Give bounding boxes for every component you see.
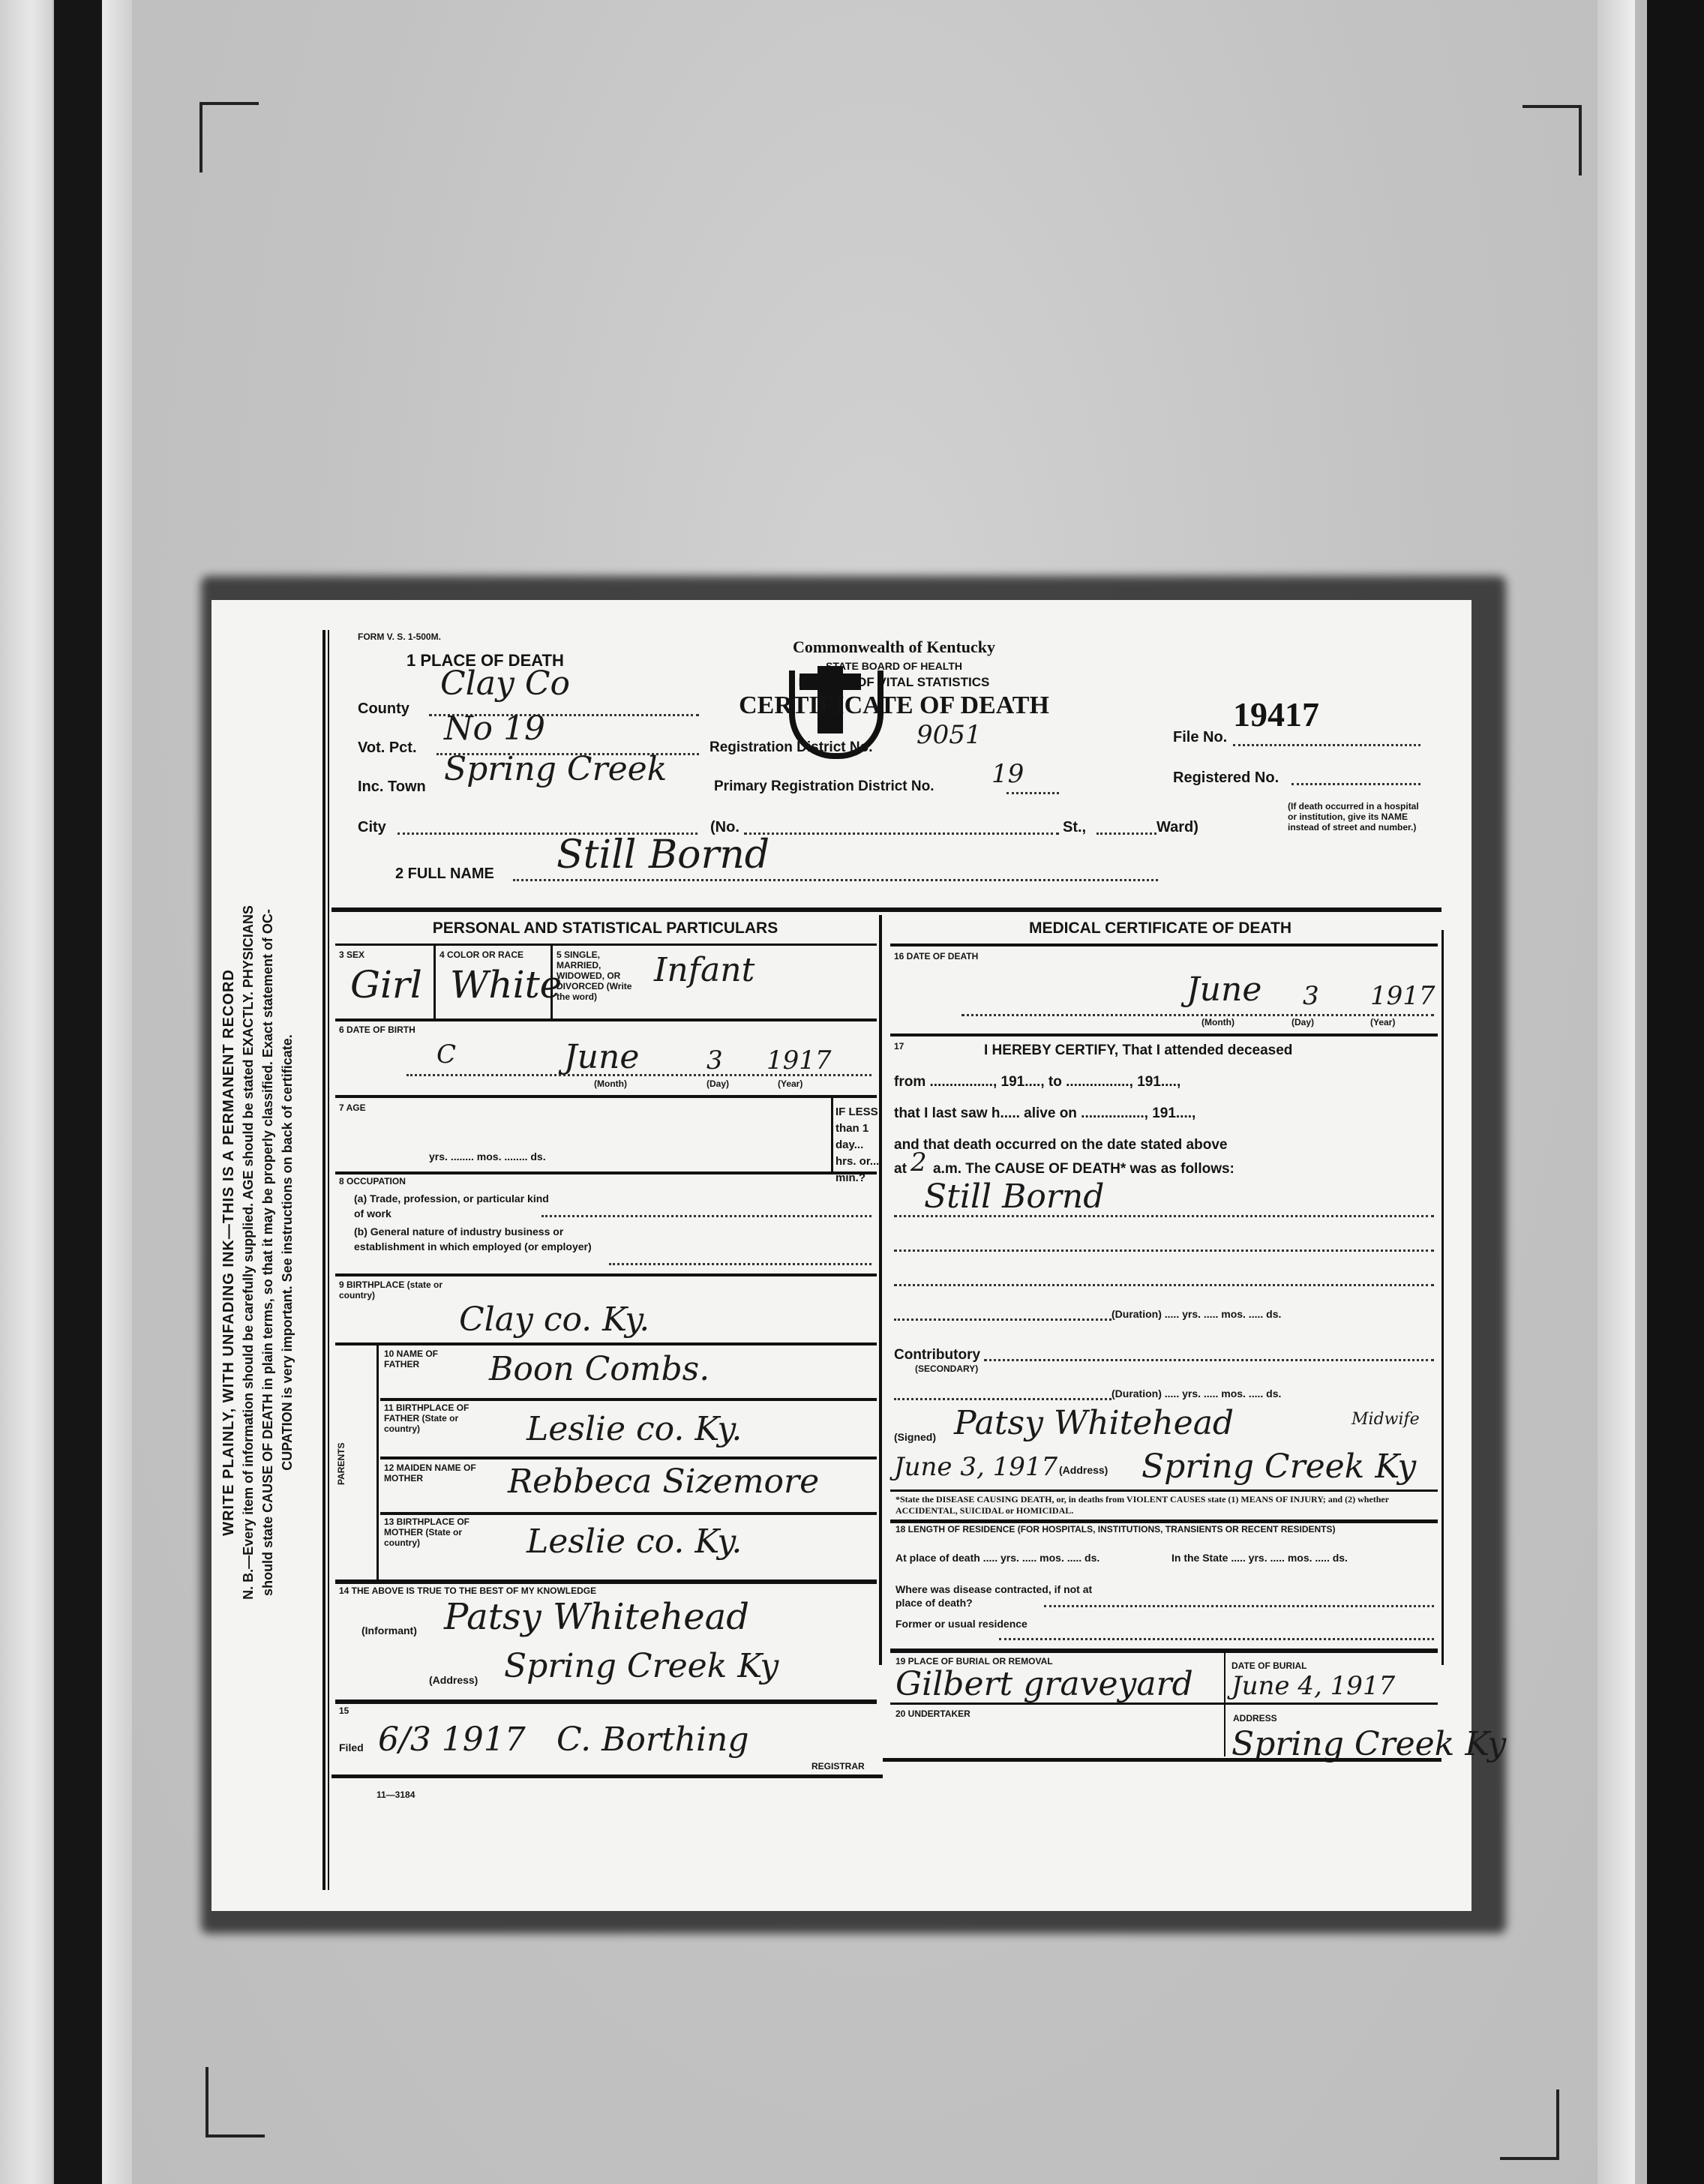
rule: [335, 1273, 877, 1276]
in-state-label: In the State ..... yrs. ..... mos. .....…: [1171, 1551, 1441, 1564]
filed-label: Filed: [339, 1741, 364, 1753]
father-birthplace-label: 11 BIRTHPLACE OF FATHER (State or countr…: [384, 1402, 481, 1434]
informant-heading: 14 THE ABOVE IS TRUE TO THE BEST OF MY K…: [339, 1585, 596, 1596]
father-name-value: Boon Combs.: [489, 1350, 709, 1388]
board-heading: STATE BOARD OF HEALTH: [736, 660, 1051, 672]
last-saw-line: that I last saw h..... alive on ........…: [894, 1105, 1195, 1122]
certificate-title: CERTIFICATE OF DEATH: [729, 691, 1059, 720]
dod-day: 3: [1303, 981, 1319, 1011]
county-value: Clay Co: [440, 664, 570, 703]
registered-no-dots: [1291, 783, 1420, 785]
dob-month-caption: (Month): [594, 1078, 627, 1089]
file-no-value: 19417: [1233, 694, 1319, 734]
signed-label: (Signed): [894, 1431, 936, 1443]
primary-district-label: Primary Registration District No.: [714, 778, 934, 795]
vot-pct-value: No 19: [444, 709, 545, 748]
age-units: yrs. ........ mos. ........ ds.: [429, 1150, 546, 1162]
dob-prefix: C: [436, 1039, 456, 1069]
rule: [883, 1758, 1441, 1762]
primary-district-value: 19: [991, 759, 1024, 789]
certify-number: 17: [894, 1041, 904, 1051]
rule: [331, 1774, 883, 1778]
dod-year-caption: (Year): [1370, 1017, 1395, 1027]
crop-mark-bottom-right-icon: [1500, 2089, 1559, 2160]
dob-year-caption: (Year): [778, 1078, 802, 1089]
rule: [335, 943, 877, 946]
color-value: White: [450, 963, 562, 1006]
signed-date: June 3, 1917: [894, 1452, 1057, 1482]
cause-of-death-value: Still Bornd: [924, 1177, 1104, 1216]
informant-label: (Informant): [361, 1624, 417, 1636]
margin-line-2: should state CAUSE OF DEATH in plain ter…: [258, 645, 277, 1860]
parents-label: PARENTS: [336, 1443, 346, 1485]
marital-value: Infant: [654, 951, 754, 989]
rule: [890, 943, 1438, 946]
duration-dots-1: [894, 1318, 1111, 1321]
frame-right-rule: [1441, 930, 1444, 1665]
rule: [335, 1342, 877, 1345]
registration-district-value: 9051: [916, 720, 982, 750]
vot-pct-label: Vot. Pct.: [358, 739, 417, 757]
frame-left-rule-inner: [328, 630, 329, 1890]
rule: [335, 1699, 877, 1704]
former-residence-dots: [999, 1638, 1434, 1640]
column-divider: [879, 915, 882, 1665]
city-label: City: [358, 819, 386, 836]
rule: [335, 1095, 877, 1098]
frame-left-rule: [322, 630, 325, 1890]
ward-dots: [1096, 832, 1156, 835]
burial-date-value: June 4, 1917: [1231, 1671, 1395, 1701]
crop-mark-top-right-icon: [1522, 105, 1582, 175]
residence-label: 18 LENGTH OF RESIDENCE (FOR HOSPITALS, I…: [895, 1524, 1435, 1535]
cause-of-death-label: a.m. The CAUSE OF DEATH* was as follows:: [933, 1161, 1234, 1177]
rule: [380, 1512, 877, 1515]
bureau-heading: BUREAU OF VITAL STATISTICS: [736, 675, 1051, 690]
birthplace-value: Clay co. Ky.: [459, 1300, 649, 1339]
color-label: 4 COLOR OR RACE: [439, 949, 523, 960]
street-no-dots: [744, 832, 1059, 835]
rule: [380, 1398, 877, 1401]
burial-date-label: DATE OF BURIAL: [1231, 1660, 1306, 1671]
sex-value: Girl: [350, 963, 422, 1006]
registrar-label: REGISTRAR: [811, 1761, 865, 1771]
death-certificate: WRITE PLAINLY, WITH UNFADING INK—THIS IS…: [211, 600, 1471, 1911]
inc-town-label: Inc. Town: [358, 778, 426, 796]
birthplace-label: 9 BIRTHPLACE (state or country): [339, 1279, 474, 1300]
margin-line-1: N. B.—Every item of information should b…: [238, 645, 258, 1860]
primary-district-dots: [1006, 792, 1059, 794]
undertaker-label: 20 UNDERTAKER: [895, 1708, 970, 1719]
rule: [890, 1702, 1438, 1705]
rule: [376, 1345, 379, 1582]
file-no-label: File No.: [1173, 729, 1227, 746]
cause-dots-3: [894, 1284, 1434, 1286]
informant-value: Patsy Whitehead: [444, 1596, 749, 1638]
street-label: St.,: [1063, 819, 1086, 836]
dob-month: June: [564, 1038, 639, 1076]
undertaker-address-label: ADDRESS: [1233, 1713, 1277, 1723]
filed-date: 6/3 1917: [378, 1720, 526, 1759]
rule: [335, 1018, 877, 1021]
mother-name-value: Rebbeca Sizemore: [508, 1462, 819, 1501]
film-edge-left: [102, 0, 132, 2184]
dob-label: 6 DATE OF BIRTH: [339, 1024, 415, 1035]
burial-place-value: Gilbert graveyard: [895, 1665, 1193, 1703]
mother-birthplace-label: 13 BIRTHPLACE OF MOTHER (State or countr…: [384, 1516, 481, 1548]
file-no-dots: [1233, 744, 1420, 746]
rule: [890, 1033, 1438, 1036]
county-label: County: [358, 700, 409, 718]
contributory-sub: (SECONDARY): [915, 1363, 978, 1374]
dod-year: 1917: [1370, 981, 1435, 1011]
contributory-dots: [984, 1359, 1434, 1361]
dod-day-caption: (Day): [1291, 1017, 1314, 1027]
certify-text: I HEREBY CERTIFY, That I attended deceas…: [984, 1042, 1292, 1059]
form-number: FORM V. S. 1-500M.: [358, 631, 441, 642]
rule: [890, 1489, 1438, 1492]
dob-day-caption: (Day): [706, 1078, 729, 1089]
rule: [335, 1579, 877, 1584]
ward-label: Ward): [1156, 819, 1198, 836]
margin-instructions: WRITE PLAINLY, WITH UNFADING INK—THIS IS…: [219, 645, 331, 1860]
personal-section-title: PERSONAL AND STATISTICAL PARTICULARS: [331, 919, 879, 937]
dod-month-caption: (Month): [1201, 1017, 1234, 1027]
cause-dots-2: [894, 1249, 1434, 1252]
crop-mark-top-left-icon: [199, 102, 259, 172]
father-name-label: 10 NAME OF FATHER: [384, 1348, 474, 1369]
mother-birthplace-value: Leslie co. Ky.: [526, 1522, 742, 1561]
informant-address-value: Spring Creek Ky: [504, 1647, 778, 1685]
death-occurred-line: and that death occurred on the date stat…: [894, 1137, 1227, 1153]
contracted-dots: [1044, 1605, 1434, 1607]
full-name-dots: [513, 879, 1158, 881]
contributory-label: Contributory: [894, 1347, 980, 1363]
crop-mark-bottom-left-icon: [205, 2067, 265, 2137]
occupation-label: 8 OCCUPATION: [339, 1176, 406, 1186]
cause-footnote: *State the DISEASE CAUSING DEATH, or, in…: [895, 1494, 1435, 1516]
hospital-note: (If death occurred in a hospital or inst…: [1288, 801, 1423, 832]
dod-dots: [961, 1014, 1434, 1016]
occupation-a-label: (a) Trade, profession, or particular kin…: [354, 1191, 549, 1221]
registration-district-label: Registration District No.: [709, 739, 872, 756]
film-strip-left: [54, 0, 102, 2184]
signed-value: Patsy Whitehead: [954, 1404, 1234, 1442]
time-of-death-value: 2: [910, 1147, 927, 1177]
form-code: 11—3184: [376, 1789, 415, 1800]
occupation-b-label: (b) General nature of industry business …: [354, 1224, 594, 1254]
film-edge-right: [1597, 0, 1635, 2184]
full-name-label: 2 FULL NAME: [395, 865, 494, 883]
informant-address-label: (Address): [429, 1674, 478, 1686]
registrar-signature: C. Borthing: [556, 1720, 749, 1759]
rule: [890, 1648, 1438, 1653]
film-border-left: [0, 0, 52, 2184]
rule: [335, 1171, 877, 1174]
marital-label: 5 SINGLE, MARRIED, WIDOWED, OR DIVORCED …: [556, 949, 646, 1002]
filed-number: 15: [339, 1705, 349, 1716]
registered-no-label: Registered No.: [1173, 769, 1279, 787]
dob-day: 3: [706, 1045, 723, 1075]
sex-label: 3 SEX: [339, 949, 364, 960]
header-divider: [331, 907, 1441, 912]
date-of-death-label: 16 DATE OF DEATH: [894, 951, 978, 961]
medical-section-title: MEDICAL CERTIFICATE OF DEATH: [886, 919, 1434, 937]
occupation-b-dots: [609, 1263, 871, 1265]
former-residence-label: Former or usual residence: [895, 1617, 1045, 1630]
father-birthplace-value: Leslie co. Ky.: [526, 1410, 742, 1448]
age-label: 7 AGE: [339, 1102, 366, 1113]
duration-line-1: (Duration) ..... yrs. ..... mos. ..... d…: [1111, 1308, 1281, 1320]
rule: [433, 945, 436, 1020]
mother-name-label: 12 MAIDEN NAME OF MOTHER: [384, 1462, 481, 1483]
physician-address-value: Spring Creek Ky: [1141, 1447, 1416, 1486]
rule: [380, 1456, 877, 1459]
cause-dots-1: [894, 1215, 1434, 1217]
margin-line-3: CUPATION is very important. See instruct…: [277, 645, 297, 1860]
signed-note: Midwife: [1351, 1410, 1420, 1429]
at-place-of-death-label: At place of death ..... yrs. ..... mos. …: [895, 1551, 1180, 1564]
rule: [890, 1519, 1438, 1523]
time-prefix: at: [894, 1161, 907, 1177]
attended-from-line: from ................, 191...., to .....…: [894, 1074, 1180, 1090]
film-strip-right: [1647, 0, 1704, 2184]
rule: [831, 1096, 833, 1171]
inc-town-value: Spring Creek: [444, 750, 667, 788]
rule: [550, 945, 553, 1020]
duration-line-2: (Duration) ..... yrs. ..... mos. ..... d…: [1111, 1387, 1281, 1399]
full-name-value: Still Bornd: [556, 832, 769, 877]
commonwealth-heading: Commonwealth of Kentucky: [736, 637, 1051, 657]
physician-address-label: (Address): [1059, 1464, 1108, 1476]
duration-dots-2: [894, 1398, 1111, 1400]
occupation-a-dots: [541, 1215, 871, 1217]
dod-month: June: [1186, 970, 1261, 1009]
dob-year: 1917: [766, 1045, 832, 1075]
margin-title: WRITE PLAINLY, WITH UNFADING INK—THIS IS…: [219, 645, 238, 1860]
